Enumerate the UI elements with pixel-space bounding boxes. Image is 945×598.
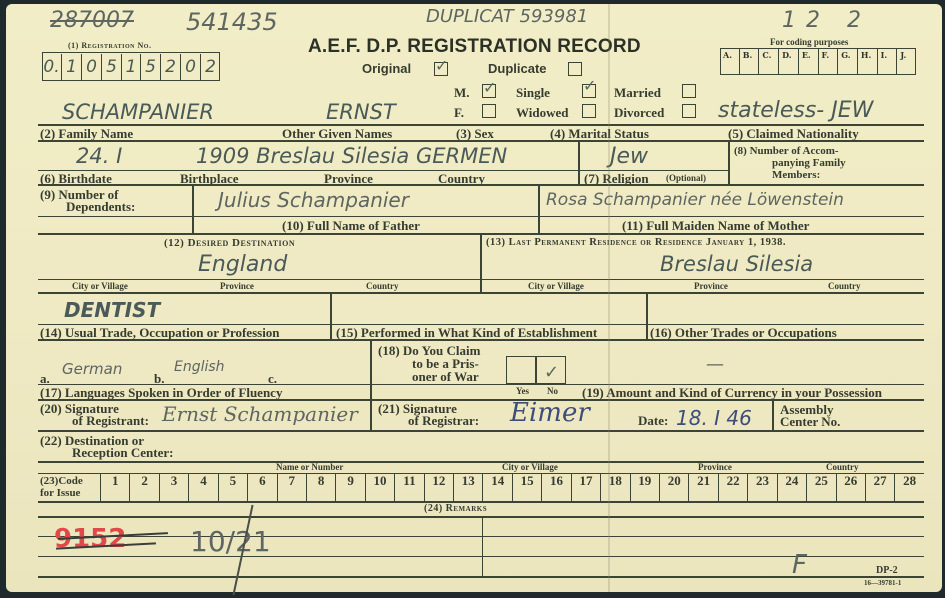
code-cell[interactable]: 12 xyxy=(424,473,453,501)
father-name-value: Julius Schampanier xyxy=(218,190,409,210)
province-label: Province xyxy=(220,282,254,291)
code-cell[interactable]: 25 xyxy=(806,473,835,501)
registrant-signature: Ernst Schampanier xyxy=(162,404,358,424)
nationality-value: stateless- JEW xyxy=(718,100,873,122)
married-label: Married xyxy=(614,86,661,99)
registration-no-label: (1) Registration No. xyxy=(68,42,151,50)
divider xyxy=(330,292,332,340)
birthdate-value: 24. I xyxy=(76,146,122,167)
divider xyxy=(38,339,924,341)
code-label-1: (23)Code xyxy=(40,476,83,487)
code-cell[interactable]: 7 xyxy=(277,473,306,501)
print-code: 16—39781-1 xyxy=(864,580,901,587)
code-cell[interactable]: 28 xyxy=(894,473,923,501)
code-cell[interactable]: 22 xyxy=(718,473,747,501)
code-cell[interactable]: 3 xyxy=(159,473,188,501)
family-name-value: SCHAMPANIER xyxy=(62,102,214,123)
religion-optional: (Optional) xyxy=(666,174,706,183)
mother-name-value: Rosa Schampanier née Löwenstein xyxy=(546,192,844,209)
name-or-number-label: Name or Number xyxy=(276,463,343,472)
code-cell[interactable]: 4 xyxy=(188,473,217,501)
date-value: 18. I 46 xyxy=(676,408,752,428)
divider xyxy=(578,140,580,184)
languages-label: (17) Languages Spoken in Order of Fluenc… xyxy=(40,386,282,399)
divider xyxy=(38,536,924,537)
crossed-number: 287007 xyxy=(50,10,134,32)
coding-columns: A. B. C. D. E. F. G. H. I. J. xyxy=(720,48,916,75)
code-cell[interactable]: 15 xyxy=(512,473,541,501)
last-residence-value: Breslau Silesia xyxy=(660,254,813,275)
code-cell[interactable]: 5 xyxy=(218,473,247,501)
occupation-label: (14) Usual Trade, Occupation or Professi… xyxy=(40,326,280,339)
marital-status-label: (4) Marital Status xyxy=(550,127,649,140)
code-cell[interactable]: 6 xyxy=(247,473,276,501)
currency-label: (19) Amount and Kind of Currency in your… xyxy=(582,386,882,399)
divider xyxy=(38,216,924,217)
registrar-sig-label-2: of Registrar: xyxy=(408,414,479,427)
divorced-checkbox[interactable] xyxy=(682,104,696,118)
code-cell[interactable]: 14 xyxy=(482,473,511,501)
code-cell[interactable]: 16 xyxy=(541,473,570,501)
registrar-signature: Eimer xyxy=(510,400,590,426)
file-number: 541435 xyxy=(186,10,278,34)
pow-yes-label: Yes xyxy=(516,387,529,396)
fold-crease xyxy=(608,4,610,592)
divider xyxy=(772,399,774,431)
desired-destination-label: (12) Desired Destination xyxy=(164,238,295,249)
code-cell[interactable]: 21 xyxy=(688,473,717,501)
pow-no-label: No xyxy=(547,387,558,396)
coding-col: H. xyxy=(858,48,878,75)
coding-label: For coding purposes xyxy=(770,38,848,47)
occupation-value: DENTIST xyxy=(64,300,160,320)
desired-destination-value: England xyxy=(198,254,287,276)
original-label: Original xyxy=(362,62,411,75)
coding-col: D. xyxy=(779,48,799,75)
widowed-label: Widowed xyxy=(516,106,569,119)
code-cell[interactable]: 20 xyxy=(659,473,688,501)
remarks-label: (24) Remarks xyxy=(424,504,487,514)
country-label: Country xyxy=(366,282,399,291)
country-label: Country xyxy=(826,463,859,472)
divider xyxy=(38,292,924,294)
lang-b-value: English xyxy=(174,360,225,374)
accompanying-label-3: Members: xyxy=(772,170,820,181)
single-label: Single xyxy=(516,86,550,99)
reg-digit: 1 xyxy=(62,54,82,80)
reg-digit: 0 xyxy=(82,54,102,80)
code-cell[interactable]: 19 xyxy=(630,473,659,501)
code-for-issue-row: 1 2 3 4 5 6 7 8 9 10 11 12 13 14 15 16 1… xyxy=(100,473,924,501)
duplicate-label: Duplicate xyxy=(488,62,547,75)
divider xyxy=(538,184,540,234)
city-label: City or Village xyxy=(72,282,128,291)
top-right-note: 12 2 xyxy=(782,10,871,32)
code-cell[interactable]: 13 xyxy=(453,473,482,501)
divider xyxy=(38,399,924,401)
reg-digit: 2 xyxy=(201,54,220,80)
remarks-note: 10/21 xyxy=(190,528,271,556)
destination-label-2: Reception Center: xyxy=(72,446,173,459)
reg-digit: 5 xyxy=(141,54,161,80)
registrant-sig-label-2: of Registrant: xyxy=(72,414,149,427)
accompanying-label-1: (8) Number of Accom- xyxy=(734,146,839,157)
code-cell[interactable]: 11 xyxy=(394,473,423,501)
given-names-label: Other Given Names xyxy=(282,127,392,140)
coding-col: J. xyxy=(897,48,916,75)
registration-card: 287007 541435 DUPLICAT 593981 12 2 (1) R… xyxy=(6,4,942,592)
sex-f-checkbox[interactable] xyxy=(482,104,496,118)
establishment-label: (15) Performed in What Kind of Establish… xyxy=(336,326,597,339)
pow-yes-checkbox[interactable] xyxy=(506,356,535,384)
divider xyxy=(482,516,483,576)
coding-col: A. xyxy=(720,48,740,75)
other-trades-label: (16) Other Trades or Occupations xyxy=(650,326,837,339)
code-cell[interactable]: 26 xyxy=(836,473,865,501)
family-name-label: (2) Family Name xyxy=(40,127,133,140)
code-label-2: for Issue xyxy=(40,488,80,499)
lang-a-value: German xyxy=(62,362,122,377)
code-cell[interactable]: 1 xyxy=(100,473,129,501)
coding-col: B. xyxy=(740,48,760,75)
province-label: Province xyxy=(694,282,728,291)
divider xyxy=(38,430,924,432)
reg-digit: 1 xyxy=(122,54,141,80)
reg-digit: 0. xyxy=(42,54,62,80)
last-residence-label: (13) Last Permanent Residence or Residen… xyxy=(486,238,786,249)
code-cell[interactable]: 9 xyxy=(335,473,364,501)
sex-label: (3) Sex xyxy=(456,127,494,140)
currency-value: — xyxy=(706,356,724,374)
country-label: Country xyxy=(828,282,861,291)
reg-digit: 5 xyxy=(102,54,122,80)
code-cell[interactable]: 18 xyxy=(600,473,629,501)
city-label: City or Village xyxy=(528,282,584,291)
province-label: Province xyxy=(698,463,732,472)
divider xyxy=(370,339,372,431)
coding-col: G. xyxy=(838,48,858,75)
coding-col: E. xyxy=(799,48,819,75)
checkmark-icon: ✓ xyxy=(544,362,559,383)
divider xyxy=(192,184,194,234)
pow-label-3: oner of War xyxy=(412,370,479,383)
coding-col: F. xyxy=(819,48,839,75)
code-cell[interactable]: 17 xyxy=(571,473,600,501)
married-checkbox[interactable] xyxy=(682,84,696,98)
checkmark-icon: ✓ xyxy=(435,56,448,75)
code-cell[interactable]: 27 xyxy=(865,473,894,501)
city-label: City or Village xyxy=(502,463,558,472)
assembly-label-2: Center No. xyxy=(780,415,840,428)
birthplace-value: 1909 Breslau Silesia GERMEN xyxy=(196,146,507,167)
father-label: (10) Full Name of Father xyxy=(282,219,420,232)
dependents-label-2: Dependents: xyxy=(66,200,135,213)
code-cell[interactable]: 23 xyxy=(747,473,776,501)
coding-col: C. xyxy=(759,48,779,75)
divider xyxy=(480,233,482,293)
accompanying-label-2: panying Family xyxy=(772,158,846,169)
divider xyxy=(38,516,924,518)
divider xyxy=(728,140,730,184)
duplicat-note: DUPLICAT 593981 xyxy=(426,8,588,26)
code-cell[interactable]: 10 xyxy=(365,473,394,501)
remarks-letter: F xyxy=(792,552,807,578)
sex-m-label: M. xyxy=(454,86,470,99)
duplicate-checkbox[interactable] xyxy=(568,62,582,76)
given-names-value: ERNST xyxy=(326,102,396,123)
checkmark-icon: ✓ xyxy=(483,78,496,97)
divider xyxy=(38,140,924,142)
widowed-checkbox[interactable] xyxy=(582,104,596,118)
code-cell[interactable]: 8 xyxy=(306,473,335,501)
reg-digit: 0 xyxy=(181,54,201,80)
form-title: A.E.F. D.P. REGISTRATION RECORD xyxy=(308,36,641,58)
mother-label: (11) Full Maiden Name of Mother xyxy=(622,219,809,232)
religion-value: Jew xyxy=(610,146,648,168)
nationality-label: (5) Claimed Nationality xyxy=(728,127,859,140)
divider xyxy=(646,292,648,340)
code-cell[interactable]: 2 xyxy=(129,473,158,501)
date-label: Date: xyxy=(638,414,668,427)
reg-digit: 2 xyxy=(161,54,181,80)
divider xyxy=(38,184,924,186)
form-code: DP-2 xyxy=(876,566,898,576)
checkmark-icon: ✓ xyxy=(583,76,596,95)
divorced-label: Divorced xyxy=(614,106,664,119)
divider xyxy=(38,279,924,280)
coding-col: I. xyxy=(878,48,898,75)
divider xyxy=(38,461,924,463)
code-cell[interactable]: 24 xyxy=(777,473,806,501)
sex-f-label: F. xyxy=(454,106,464,119)
